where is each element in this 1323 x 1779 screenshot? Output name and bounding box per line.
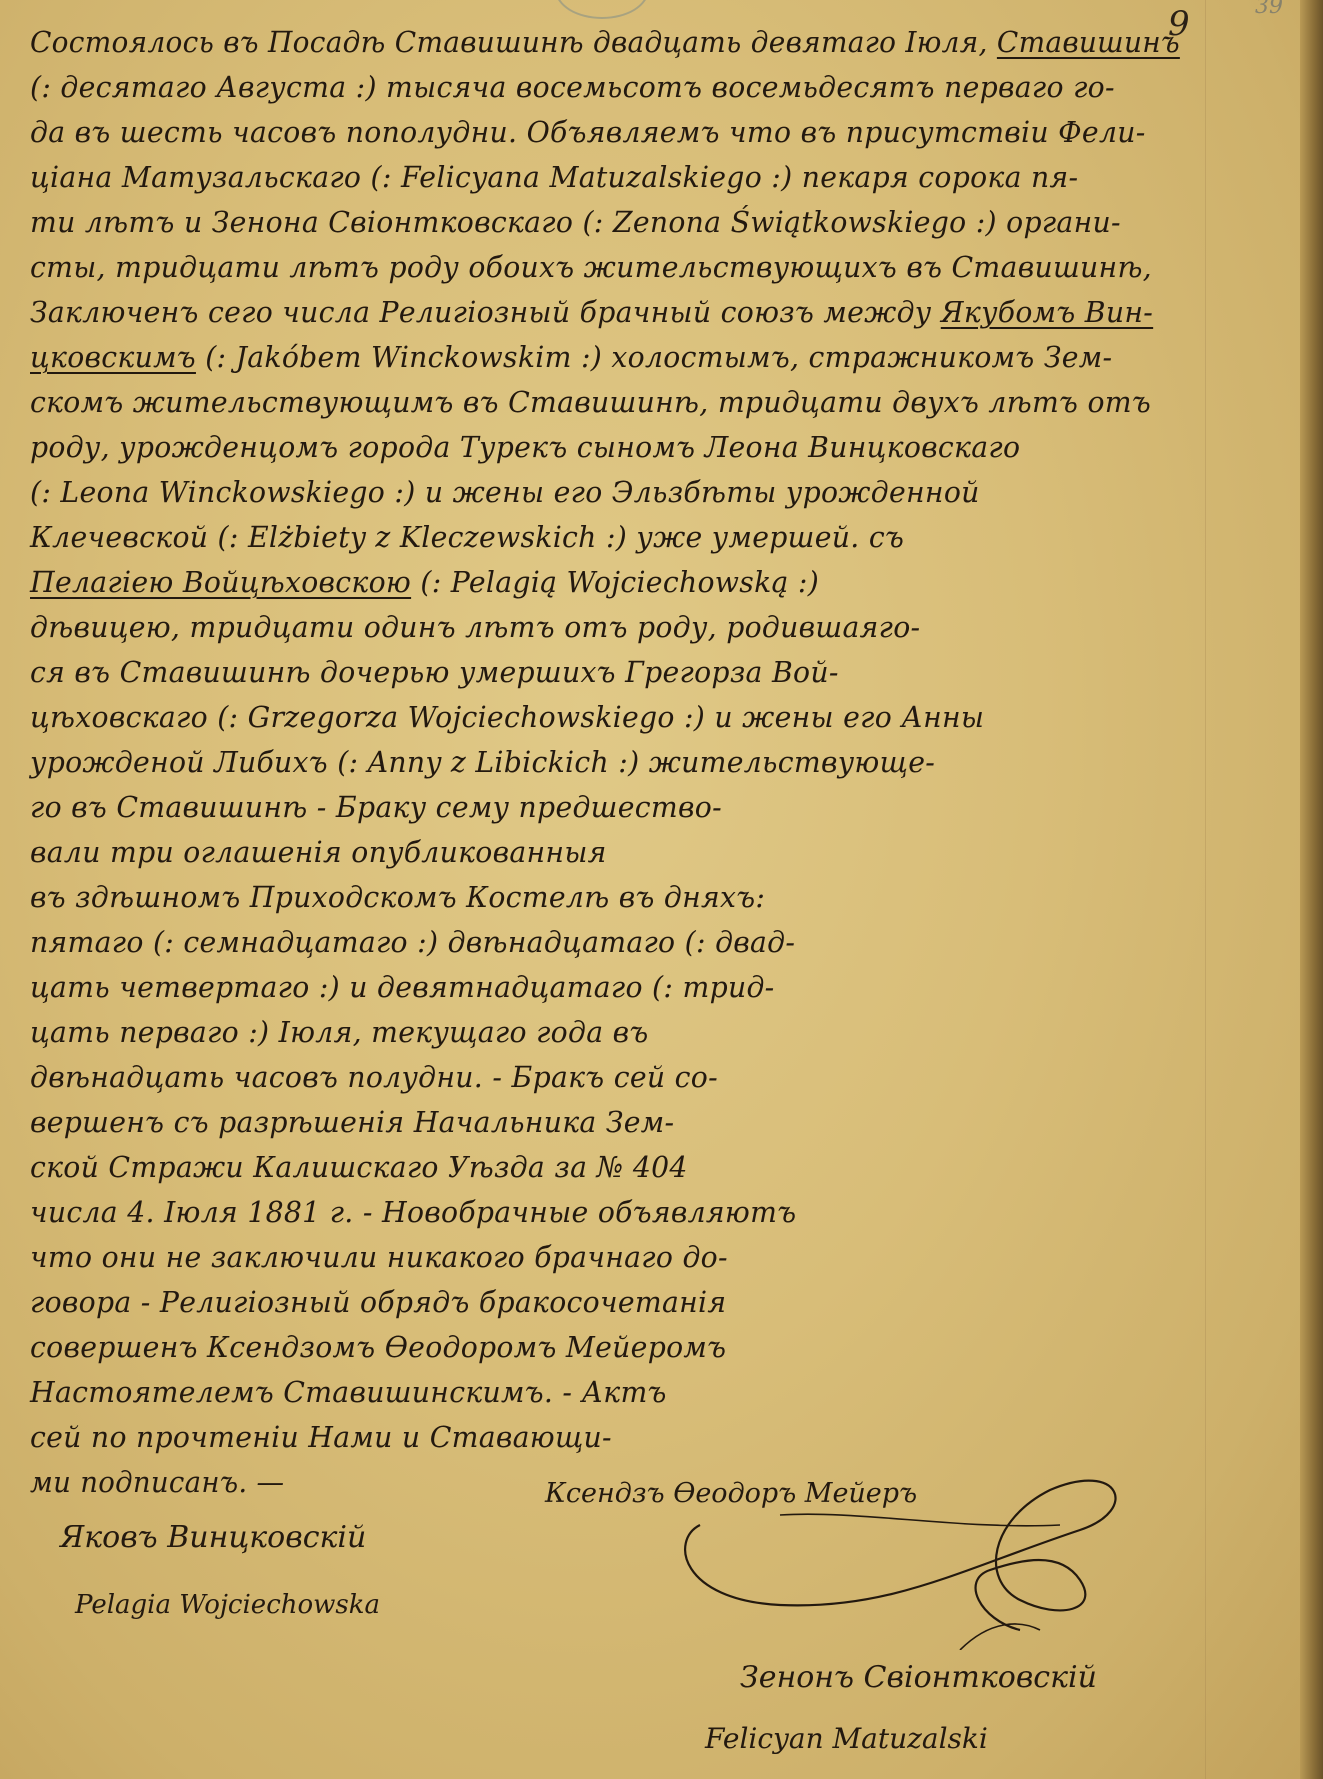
line-text: ціана Матузальскаго (: Felicyana Matuzal… [30, 160, 1078, 194]
record-line: цѣховскаго (: Grzegorza Wojciechowskiego… [30, 695, 1181, 740]
line-text: го въ Ставишинѣ - Браку сему предшество- [30, 790, 722, 824]
line-text: Заключенъ сего числа Религіозный брачный… [30, 295, 941, 329]
line-text: ми подписанъ. — [30, 1465, 284, 1499]
signature-groom: Яковъ Винцковскiй [60, 1520, 366, 1555]
record-line: роду, урожденцомъ города Турекъ сыномъ Л… [30, 425, 1181, 470]
line-text: что они не заключили никакого брачнаго д… [30, 1240, 728, 1274]
record-line: Заключенъ сего числа Религіозный брачный… [30, 290, 1181, 335]
record-line: урожденой Либихъ (: Anny z Libickich :) … [30, 740, 1181, 785]
page-edge [1300, 0, 1323, 1779]
record-line: говора - Религіозный обрядъ бракосочетан… [30, 1280, 1181, 1325]
line-text: сей по прочтеніи Нами и Ставающи- [30, 1420, 612, 1454]
line-text: совершенъ Ксендзомъ Өеодоромъ Мейеромъ [30, 1330, 726, 1364]
line-text: двѣнадцать часовъ полудни. - Бракъ сей с… [30, 1060, 718, 1094]
record-line: цковскимъ (: Jakóbem Winckowskim :) холо… [30, 335, 1181, 380]
record-line: (: десятаго Августа :) тысяча восемьсотъ… [30, 65, 1181, 110]
line-text: сты, тридцати лѣтъ роду обоихъ жительств… [30, 250, 1152, 284]
signature-witness-1: Зенонъ Свiонтковскiй [740, 1660, 1097, 1695]
record-line: го въ Ставишинѣ - Браку сему предшество- [30, 785, 1181, 830]
line-text: дѣвицею, тридцати одинъ лѣтъ отъ роду, р… [30, 610, 920, 644]
line-text: ской Стражи Калишскаго Уѣзда за № 404 [30, 1150, 688, 1184]
line-text: цѣховскаго (: Grzegorza Wojciechowskiego… [30, 700, 984, 734]
line-text: скомъ жительствующимъ въ Ставишинѣ, трид… [30, 385, 1151, 419]
record-line: дѣвицею, тридцати одинъ лѣтъ отъ роду, р… [30, 605, 1181, 650]
line-text: вали три оглашенія опубликованныя [30, 835, 607, 869]
record-line: сей по прочтеніи Нами и Ставающи- [30, 1415, 1181, 1460]
record-line: цать четвертаго :) и девятнадцатаго (: т… [30, 965, 1181, 1010]
line-text: цать перваго :) Іюля, текущаго года въ [30, 1015, 649, 1049]
line-text: да въ шесть часовъ пополудни. Объявляемъ… [30, 115, 1146, 149]
record-line: Пелагіею Войцѣховскою (: Pelagią Wojciec… [30, 560, 1181, 605]
signature-priest: Ксендзъ Өеодоръ Мейеръ [545, 1478, 917, 1509]
record-line: что они не заключили никакого брачнаго д… [30, 1235, 1181, 1280]
line-text: въ здѣшномъ Приходскомъ Костелѣ въ дняхъ… [30, 880, 765, 914]
line-text: вершенъ съ разрѣшенія Начальника Зем- [30, 1105, 674, 1139]
record-line: Клечевской (: Elżbiety z Kleczewskich :)… [30, 515, 1181, 560]
line-text: (: Leona Winckowskiego :) и жены его Эль… [30, 475, 980, 509]
line-text: (: Pelagią Wojciechowską :) [411, 565, 819, 599]
record-line: въ здѣшномъ Приходскомъ Костелѣ въ дняхъ… [30, 875, 1181, 920]
line-text: цать четвертаго :) и девятнадцатаго (: т… [30, 970, 775, 1004]
record-line: ціана Матузальскаго (: Felicyana Matuzal… [30, 155, 1181, 200]
record-line: совершенъ Ксендзомъ Өеодоромъ Мейеромъ [30, 1325, 1181, 1370]
line-text: пятаго (: семнадцатаго :) двѣнадцатаго (… [30, 925, 795, 959]
line-text: числа 4. Іюля 1881 г. - Новобрачные объя… [30, 1195, 796, 1229]
line-text: ти лѣтъ и Зенона Свiонтковскаго (: Zenon… [30, 205, 1121, 239]
record-line: числа 4. Іюля 1881 г. - Новобрачные объя… [30, 1190, 1181, 1235]
record-line: да въ шесть часовъ пополудни. Объявляемъ… [30, 110, 1181, 155]
record-line: Состоялось въ Посадѣ Ставишинѣ двадцать … [30, 20, 1168, 65]
record-line: ти лѣтъ и Зенона Свiонтковскаго (: Zenon… [30, 200, 1181, 245]
line-text: (: десятаго Августа :) тысяча восемьсотъ… [30, 70, 1115, 104]
record-line: ся въ Ставишинѣ дочерью умершихъ Грегорз… [30, 650, 1181, 695]
line-text: говора - Религіозный обрядъ бракосочетан… [30, 1285, 726, 1319]
record-line: (: Leona Winckowskiego :) и жены его Эль… [30, 470, 1181, 515]
line-text: ся въ Ставишинѣ дочерью умершихъ Грегорз… [30, 655, 839, 689]
line-text: (: Jakóbem Winckowskim :) холостымъ, стр… [196, 340, 1112, 374]
line-text: Состоялось въ Посадѣ Ставишинѣ двадцать … [30, 25, 997, 59]
signature-witness-2: Felicyan Matuzalski [705, 1722, 988, 1755]
line-text: роду, урожденцомъ города Турекъ сыномъ Л… [30, 430, 1020, 464]
record-line: вали три оглашенія опубликованныя [30, 830, 1181, 875]
record-line: скомъ жительствующимъ въ Ставишинѣ, трид… [30, 380, 1181, 425]
record-line: ской Стражи Калишскаго Уѣзда за № 404 [30, 1145, 1181, 1190]
archive-page-number: 39 [1255, 0, 1283, 19]
underlined-name: Якубомъ Вин- [941, 295, 1153, 329]
signature-bride: Pelagia Wojciechowska [75, 1590, 380, 1620]
record-line: Настоятелемъ Ставишинскимъ. - Актъ [30, 1370, 1181, 1415]
record-line: пятаго (: семнадцатаго :) двѣнадцатаго (… [30, 920, 1181, 965]
line-text: Настоятелемъ Ставишинскимъ. - Актъ [30, 1375, 667, 1409]
record-line: двѣнадцать часовъ полудни. - Бракъ сей с… [30, 1055, 1181, 1100]
underlined-name: Ставишинъ [997, 25, 1180, 59]
record-line: цать перваго :) Іюля, текущаго года въ [30, 1010, 1181, 1055]
record-line: сты, тридцати лѣтъ роду обоихъ жительств… [30, 245, 1181, 290]
line-text: урожденой Либихъ (: Anny z Libickich :) … [30, 745, 935, 779]
underlined-name: Пелагіею Войцѣховскою [30, 565, 411, 599]
record-line: вершенъ съ разрѣшенія Начальника Зем- [30, 1100, 1181, 1145]
underlined-name: цковскимъ [30, 340, 196, 374]
record-body: Состоялось въ Посадѣ Ставишинѣ двадцать … [30, 20, 1210, 1505]
line-text: Клечевской (: Elżbiety z Kleczewskich :)… [30, 520, 904, 554]
